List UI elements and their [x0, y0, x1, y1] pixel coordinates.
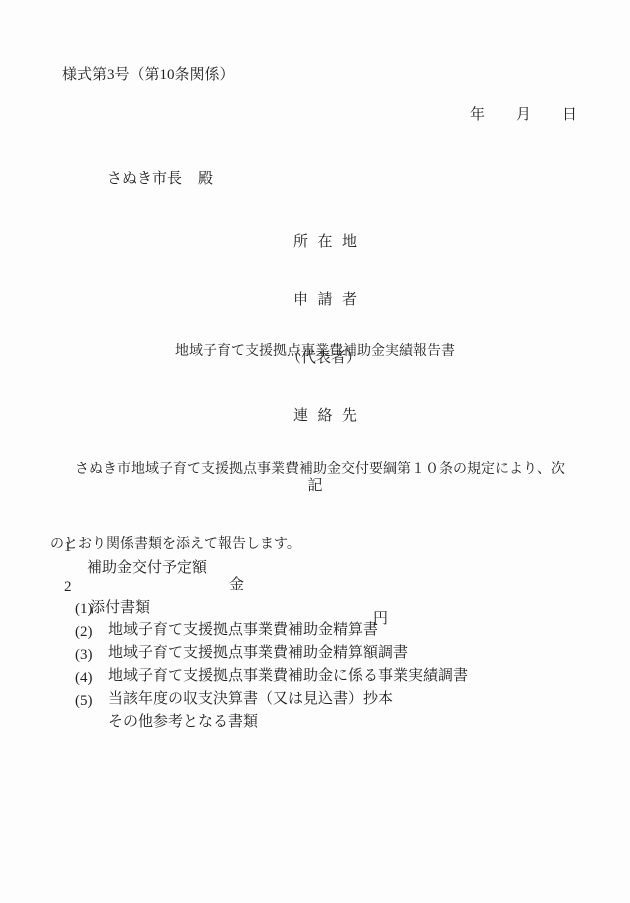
grant-amount-number: 1: [64, 539, 72, 556]
attachment-item: (3) 地域子育て支援拠点事業費補助金に係る事業実績調書: [0, 630, 630, 651]
attachment-number: (5): [75, 693, 93, 710]
notation-ki: 記: [0, 474, 630, 495]
attachment-label: その他参考となる書類: [108, 710, 258, 731]
month-blank: [485, 118, 516, 119]
attachment-item: (5) その他参考となる書類: [0, 676, 630, 697]
attachments-header-row: 2 添付書類: [0, 562, 630, 583]
year-label: 年: [470, 107, 485, 123]
date-line: 年月日: [455, 86, 577, 141]
document-title: 地域子育て支援拠点事業費補助金実績報告書: [0, 340, 630, 360]
grant-amount-row: 1 補助金交付予定額 金 円: [0, 522, 630, 543]
addressee-honorific: 殿: [198, 171, 213, 187]
day-blank: [531, 118, 562, 119]
attachment-item: (4) 当該年度の収支決算書（又は見込書）抄本: [0, 653, 630, 674]
applicant-label: 申請者: [293, 288, 367, 312]
document-page: 様式第3号（第10条関係） 年月日 さぬき市長殿 所在地 申請者 （代表者） 連…: [0, 0, 630, 903]
addressee-name: さぬき市長: [107, 171, 182, 187]
day-label: 日: [562, 107, 577, 123]
form-number: 様式第3号（第10条関係）: [62, 63, 235, 84]
addressee-line: さぬき市長殿: [92, 150, 213, 205]
attachment-item: (2) 地域子育て支援拠点事業費補助金精算額調書: [0, 607, 630, 628]
attachment-item: (1) 地域子育て支援拠点事業費補助金精算書: [0, 584, 630, 605]
addressee-gap: [182, 182, 198, 183]
location-label: 所在地: [293, 230, 367, 254]
month-label: 月: [516, 107, 531, 123]
